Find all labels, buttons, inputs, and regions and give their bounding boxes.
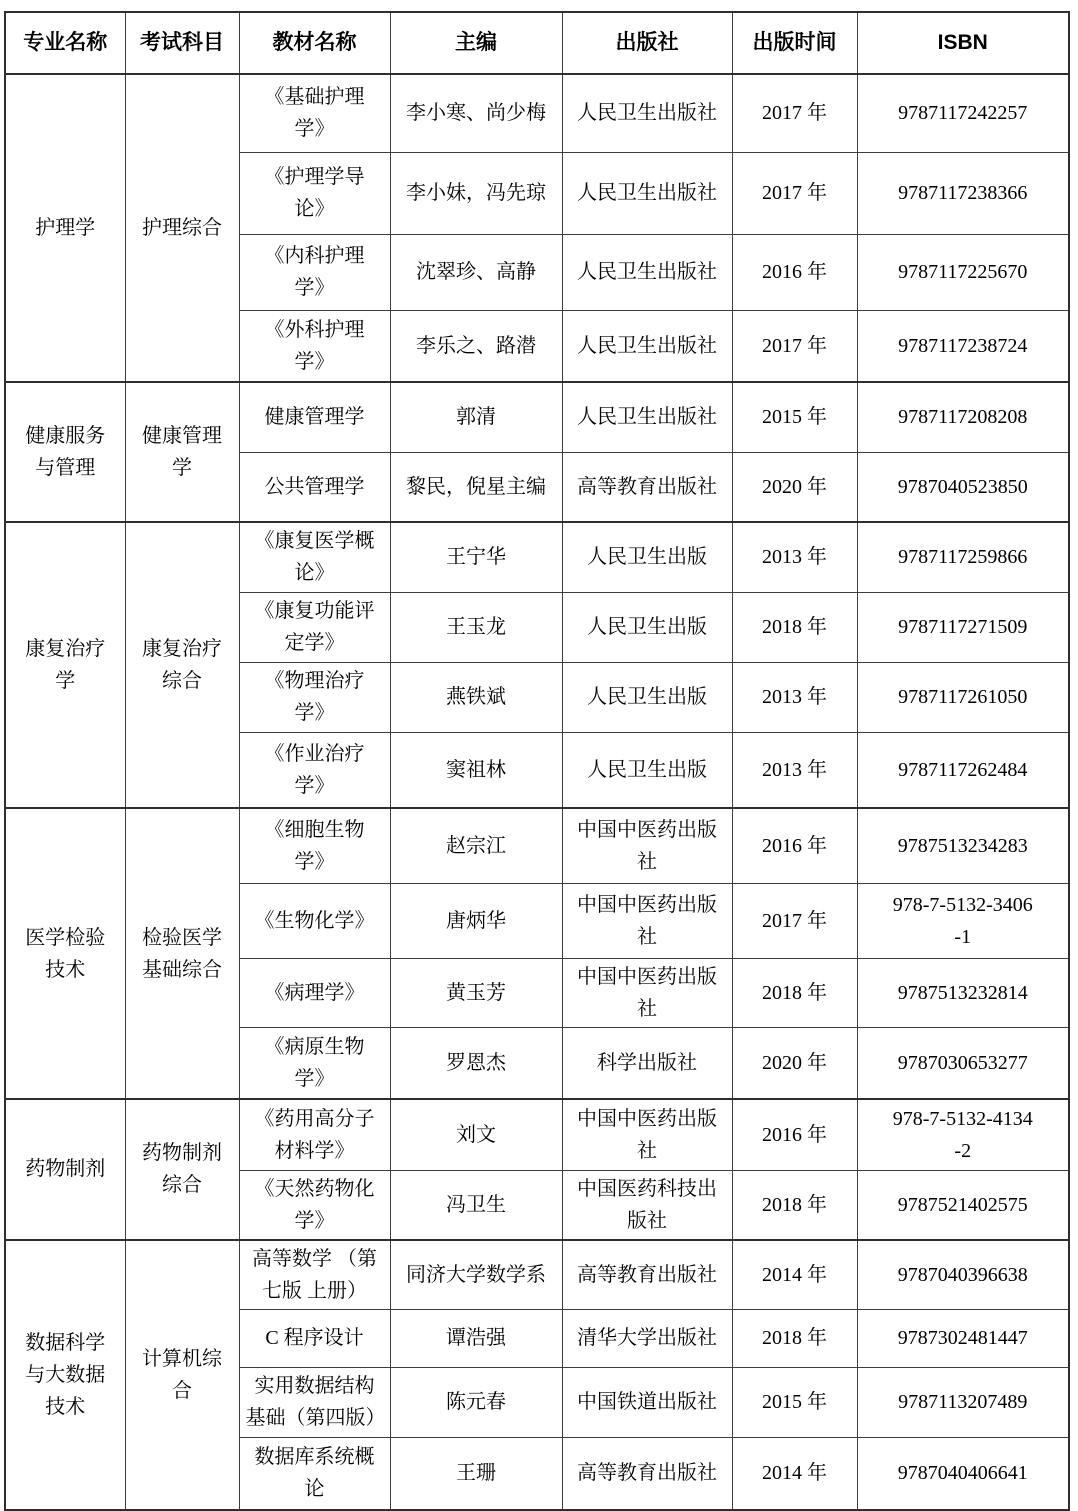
book-title-cell: 《病原生物 学》 xyxy=(239,1027,390,1099)
col-header-major: 专业名称 xyxy=(5,12,125,74)
publisher-cell: 人民卫生出版 xyxy=(562,592,732,662)
pub-year-cell: 2018 年 xyxy=(732,592,857,662)
editor-cell: 谭浩强 xyxy=(390,1309,562,1367)
table-row: 健康服务 与管理 健康管理 学 健康管理学 郭清 人民卫生出版社 2015 年 … xyxy=(5,382,1069,452)
editor-cell: 李乐之、路潜 xyxy=(390,310,562,382)
book-title-cell: 《生物化学》 xyxy=(239,883,390,958)
book-title-cell: 《康复医学概 论》 xyxy=(239,522,390,592)
publisher-cell: 中国铁道出版社 xyxy=(562,1367,732,1437)
isbn-cell: 9787117262484 xyxy=(857,732,1069,808)
subject-cell: 健康管理 学 xyxy=(125,382,239,522)
book-title-cell: 数据库系统概 论 xyxy=(239,1437,390,1510)
editor-cell: 王玉龙 xyxy=(390,592,562,662)
editor-cell: 同济大学数学系 xyxy=(390,1240,562,1310)
book-title-cell: 《病理学》 xyxy=(239,958,390,1027)
table-row: 医学检验 技术 检验医学 基础综合 《细胞生物 学》 赵宗江 中国中医药出版 社… xyxy=(5,808,1069,883)
isbn-cell: 9787117238724 xyxy=(857,310,1069,382)
pub-year-cell: 2014 年 xyxy=(732,1437,857,1510)
publisher-cell: 中国中医药出版 社 xyxy=(562,958,732,1027)
isbn-cell: 9787030653277 xyxy=(857,1027,1069,1099)
major-cell: 健康服务 与管理 xyxy=(5,382,125,522)
pub-year-cell: 2020 年 xyxy=(732,1027,857,1099)
table-row: 数据科学 与大数据 技术 计算机综 合 高等数学 （第 七版 上册） 同济大学数… xyxy=(5,1240,1069,1310)
col-header-publisher: 出版社 xyxy=(562,12,732,74)
subject-cell: 护理综合 xyxy=(125,74,239,382)
pub-year-cell: 2013 年 xyxy=(732,732,857,808)
editor-cell: 刘文 xyxy=(390,1099,562,1170)
book-title-cell: 实用数据结构 基础（第四版） xyxy=(239,1367,390,1437)
isbn-cell: 9787513234283 xyxy=(857,808,1069,883)
book-title-cell: 《外科护理 学》 xyxy=(239,310,390,382)
isbn-cell: 9787117271509 xyxy=(857,592,1069,662)
isbn-cell: 9787040523850 xyxy=(857,452,1069,522)
editor-cell: 李小妹，冯先琼 xyxy=(390,152,562,234)
col-header-isbn: ISBN xyxy=(857,12,1069,74)
pub-year-cell: 2016 年 xyxy=(732,1099,857,1170)
pub-year-cell: 2018 年 xyxy=(732,1170,857,1240)
editor-cell: 窦祖林 xyxy=(390,732,562,808)
col-header-book: 教材名称 xyxy=(239,12,390,74)
col-header-subject: 考试科目 xyxy=(125,12,239,74)
publisher-cell: 人民卫生出版社 xyxy=(562,382,732,452)
pub-year-cell: 2018 年 xyxy=(732,1309,857,1367)
publisher-cell: 人民卫生出版 xyxy=(562,732,732,808)
book-title-cell: 《细胞生物 学》 xyxy=(239,808,390,883)
subject-cell: 检验医学 基础综合 xyxy=(125,808,239,1099)
editor-cell: 黎民，倪星主编 xyxy=(390,452,562,522)
isbn-cell: 9787040406641 xyxy=(857,1437,1069,1510)
editor-cell: 冯卫生 xyxy=(390,1170,562,1240)
publisher-cell: 人民卫生出版 xyxy=(562,662,732,732)
publisher-cell: 科学出版社 xyxy=(562,1027,732,1099)
book-title-cell: 《护理学导 论》 xyxy=(239,152,390,234)
pub-year-cell: 2020 年 xyxy=(732,452,857,522)
pub-year-cell: 2013 年 xyxy=(732,662,857,732)
book-title-cell: 《康复功能评 定学》 xyxy=(239,592,390,662)
pub-year-cell: 2015 年 xyxy=(732,1367,857,1437)
pub-year-cell: 2017 年 xyxy=(732,310,857,382)
pub-year-cell: 2016 年 xyxy=(732,234,857,310)
isbn-cell: 9787117238366 xyxy=(857,152,1069,234)
major-cell: 康复治疗 学 xyxy=(5,522,125,808)
editor-cell: 罗恩杰 xyxy=(390,1027,562,1099)
publisher-cell: 人民卫生出版社 xyxy=(562,74,732,152)
isbn-cell: 9787113207489 xyxy=(857,1367,1069,1437)
isbn-cell: 978-7-5132-3406 -1 xyxy=(857,883,1069,958)
book-title-cell: 《内科护理 学》 xyxy=(239,234,390,310)
book-title-cell: 《基础护理 学》 xyxy=(239,74,390,152)
table-row: 康复治疗 学 康复治疗 综合 《康复医学概 论》 王宁华 人民卫生出版 2013… xyxy=(5,522,1069,592)
header-row: 专业名称 考试科目 教材名称 主编 出版社 出版时间 ISBN xyxy=(5,12,1069,74)
publisher-cell: 中国医药科技出 版社 xyxy=(562,1170,732,1240)
publisher-cell: 中国中医药出版 社 xyxy=(562,808,732,883)
isbn-cell: 9787117208208 xyxy=(857,382,1069,452)
editor-cell: 陈元春 xyxy=(390,1367,562,1437)
publisher-cell: 中国中医药出版 社 xyxy=(562,1099,732,1170)
publisher-cell: 人民卫生出版社 xyxy=(562,152,732,234)
pub-year-cell: 2017 年 xyxy=(732,883,857,958)
isbn-cell: 9787040396638 xyxy=(857,1240,1069,1310)
isbn-cell: 9787117225670 xyxy=(857,234,1069,310)
isbn-cell: 9787521402575 xyxy=(857,1170,1069,1240)
book-title-cell: 公共管理学 xyxy=(239,452,390,522)
pub-year-cell: 2017 年 xyxy=(732,74,857,152)
book-title-cell: 《药用高分子 材料学》 xyxy=(239,1099,390,1170)
isbn-cell: 9787513232814 xyxy=(857,958,1069,1027)
pub-year-cell: 2018 年 xyxy=(732,958,857,1027)
subject-cell: 计算机综 合 xyxy=(125,1240,239,1511)
book-title-cell: 《作业治疗 学》 xyxy=(239,732,390,808)
editor-cell: 赵宗江 xyxy=(390,808,562,883)
pub-year-cell: 2017 年 xyxy=(732,152,857,234)
table-row: 药物制剂 药物制剂 综合 《药用高分子 材料学》 刘文 中国中医药出版 社 20… xyxy=(5,1099,1069,1170)
editor-cell: 郭清 xyxy=(390,382,562,452)
col-header-editor: 主编 xyxy=(390,12,562,74)
publisher-cell: 高等教育出版社 xyxy=(562,452,732,522)
col-header-year: 出版时间 xyxy=(732,12,857,74)
isbn-cell: 9787117261050 xyxy=(857,662,1069,732)
subject-cell: 康复治疗 综合 xyxy=(125,522,239,808)
publisher-cell: 高等教育出版社 xyxy=(562,1437,732,1510)
pub-year-cell: 2016 年 xyxy=(732,808,857,883)
isbn-cell: 9787117259866 xyxy=(857,522,1069,592)
editor-cell: 燕铁斌 xyxy=(390,662,562,732)
major-cell: 数据科学 与大数据 技术 xyxy=(5,1240,125,1511)
book-title-cell: C 程序设计 xyxy=(239,1309,390,1367)
publisher-cell: 人民卫生出版 xyxy=(562,522,732,592)
editor-cell: 李小寒、尚少梅 xyxy=(390,74,562,152)
subject-cell: 药物制剂 综合 xyxy=(125,1099,239,1240)
pub-year-cell: 2014 年 xyxy=(732,1240,857,1310)
pub-year-cell: 2013 年 xyxy=(732,522,857,592)
editor-cell: 王珊 xyxy=(390,1437,562,1510)
major-cell: 护理学 xyxy=(5,74,125,382)
publisher-cell: 高等教育出版社 xyxy=(562,1240,732,1310)
textbook-reference-table: 专业名称 考试科目 教材名称 主编 出版社 出版时间 ISBN 护理学 护理综合… xyxy=(4,11,1070,1511)
editor-cell: 沈翠珍、高静 xyxy=(390,234,562,310)
publisher-cell: 清华大学出版社 xyxy=(562,1309,732,1367)
publisher-cell: 人民卫生出版社 xyxy=(562,310,732,382)
book-title-cell: 《物理治疗 学》 xyxy=(239,662,390,732)
publisher-cell: 人民卫生出版社 xyxy=(562,234,732,310)
pub-year-cell: 2015 年 xyxy=(732,382,857,452)
publisher-cell: 中国中医药出版 社 xyxy=(562,883,732,958)
editor-cell: 黄玉芳 xyxy=(390,958,562,1027)
isbn-cell: 978-7-5132-4134 -2 xyxy=(857,1099,1069,1170)
table-row: 护理学 护理综合 《基础护理 学》 李小寒、尚少梅 人民卫生出版社 2017 年… xyxy=(5,74,1069,152)
editor-cell: 王宁华 xyxy=(390,522,562,592)
editor-cell: 唐炳华 xyxy=(390,883,562,958)
book-title-cell: 健康管理学 xyxy=(239,382,390,452)
isbn-cell: 9787302481447 xyxy=(857,1309,1069,1367)
book-title-cell: 《天然药物化 学》 xyxy=(239,1170,390,1240)
book-title-cell: 高等数学 （第 七版 上册） xyxy=(239,1240,390,1310)
isbn-cell: 9787117242257 xyxy=(857,74,1069,152)
major-cell: 药物制剂 xyxy=(5,1099,125,1240)
major-cell: 医学检验 技术 xyxy=(5,808,125,1099)
